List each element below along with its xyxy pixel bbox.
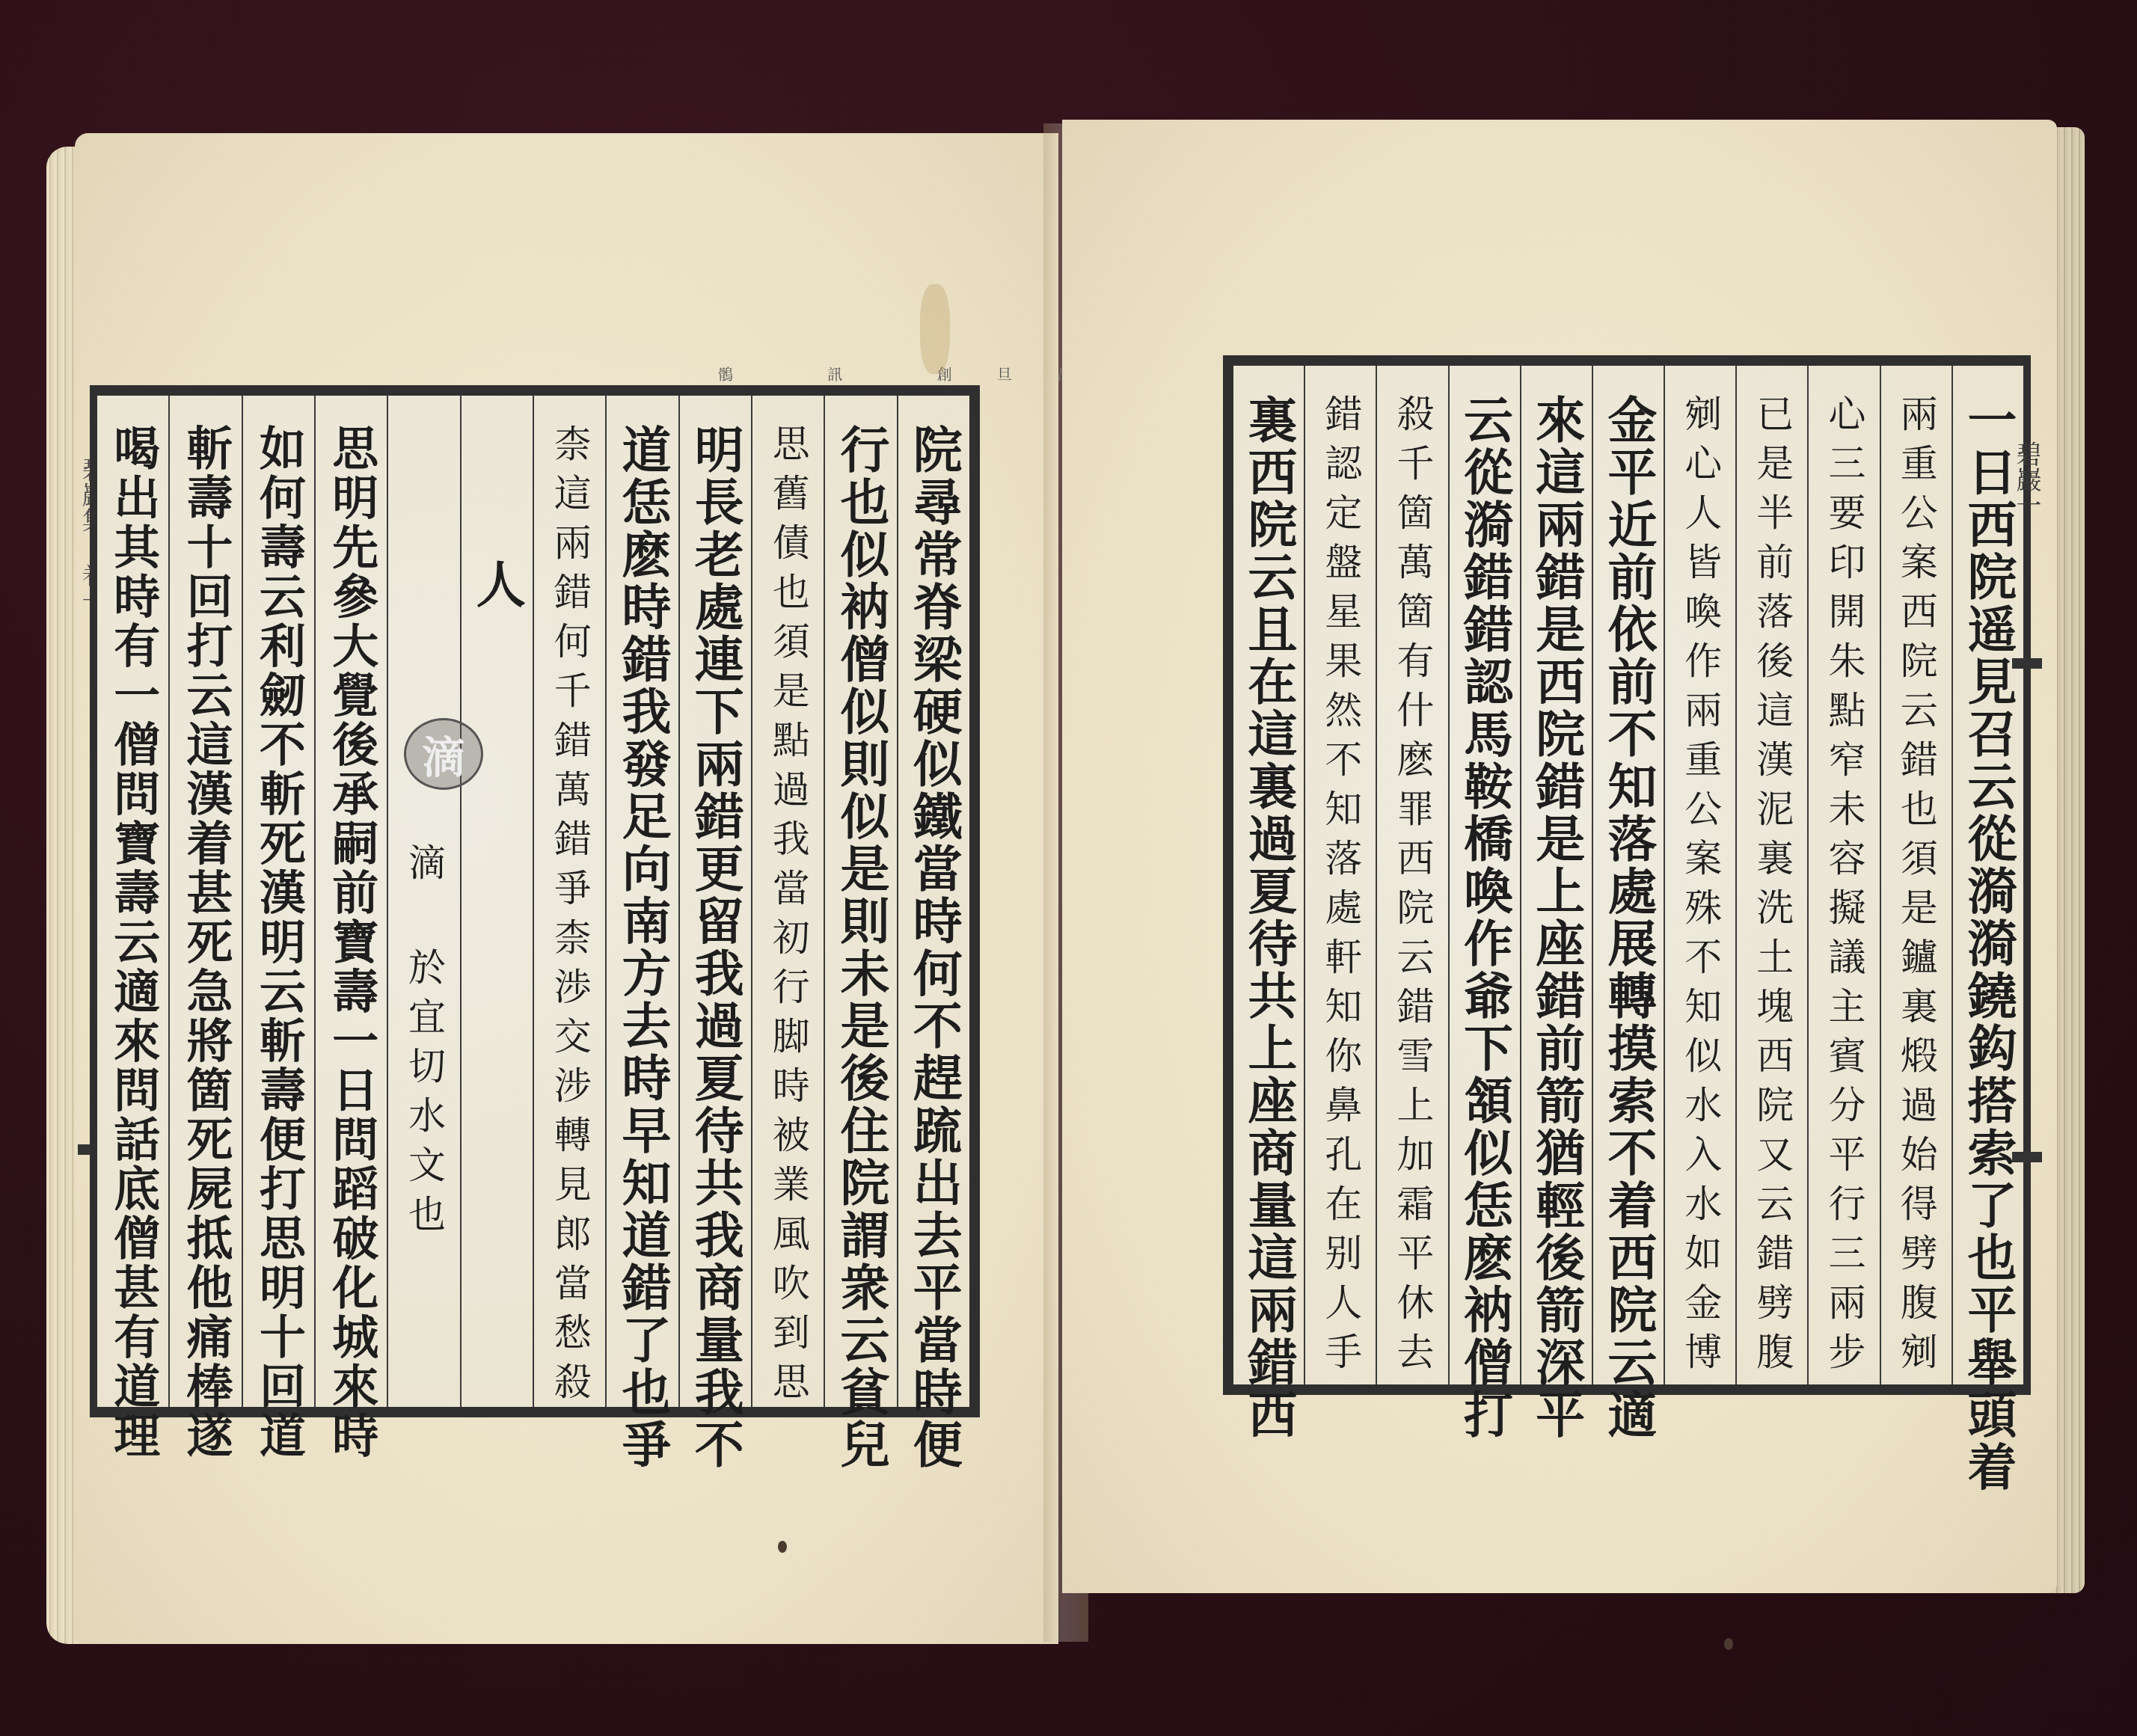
right-text-frame: 一日西院遥見召云從漪漪鐃鈎搭索了也平舉頭着 兩重公案西院云錯也須是鑪裏煅過始得劈…: [1223, 355, 2031, 1395]
column-text: 剜心人皆喚作兩重公案殊不知似水入水如金博: [1681, 394, 1719, 1384]
text-column: 明長老處連下兩錯更留我過夏待共我商量我不: [678, 396, 751, 1407]
column-text: 滴 於宜切水文也: [405, 424, 443, 1407]
column-text: 明長老處連下兩錯更留我過夏待共我商量我不: [690, 424, 740, 1407]
text-column: 錯認定盤星果然不知落處軒知你鼻孔在别人手: [1304, 366, 1376, 1384]
column-text: 人: [472, 424, 521, 1407]
text-column: 剜心人皆喚作兩重公案殊不知似水入水如金博: [1664, 366, 1735, 1384]
circular-seal-glyph: 滴: [404, 718, 483, 790]
column-text: 柰這兩錯何千錯萬錯爭柰渉交涉轉見郎當愁殺: [551, 424, 589, 1407]
text-column: 思舊債也須是點過我當初行脚時被業風吹到思: [751, 396, 824, 1407]
right-columns: 一日西院遥見召云從漪漪鐃鈎搭索了也平舉頭着 兩重公案西院云錯也須是鑪裏煅過始得劈…: [1233, 366, 2023, 1384]
text-column: 思明先參大覺後承嗣前寶壽一日問蹈破化城來時: [314, 396, 387, 1407]
right-banxin-title: 碧巖一: [2012, 441, 2045, 1189]
open-book: 鶻 訊 創旦昌 碧巖集 卷一 院尋常脊梁硬似鐵當時何不趕䟽出去平當時便 行也似衲…: [0, 0, 2137, 1736]
left-text-frame: 院尋常脊梁硬似鐵當時何不趕䟽出去平當時便 行也似衲僧似則似是則未是後住院謂衆云貧…: [90, 385, 980, 1417]
text-column: 如何壽云利劒不斬死漢明云斬壽便打思明十回道: [242, 396, 314, 1407]
column-text: 裏西院云且在這裏過夏待共上座商量這兩錯西: [1244, 394, 1293, 1384]
column-text: 斬壽十回打云這漢着甚死急將箇死屍抵他痛棒遂: [183, 424, 229, 1407]
column-text: 院尋常脊梁硬似鐵當時何不趕䟽出去平當時便: [909, 424, 958, 1407]
text-column: 院尋常脊梁硬似鐵當時何不趕䟽出去平當時便: [897, 396, 969, 1407]
text-column: 行也似衲僧似則似是則未是後住院謂衆云貧兒: [824, 396, 896, 1407]
worm-hole: [1724, 1638, 1733, 1650]
text-column: 金平近前依前不知落處展轉摸索不着西院云適: [1592, 366, 1664, 1384]
column-text: 行也似衲僧似則似是則未是後住院謂衆云貧兒: [836, 424, 886, 1407]
column-text: 錯認定盤星果然不知落處軒知你鼻孔在别人手: [1322, 394, 1359, 1384]
column-text: 心三要印開朱點窄未容擬議主賓分平行三兩步: [1826, 394, 1863, 1384]
column-text: 已是半前落後這漢泥裏洗土塊西院又云錯劈腹: [1753, 394, 1791, 1384]
margin-mark: 訊: [827, 366, 887, 384]
text-column: 來這兩錯是西院錯是上座錯前箭猶輕後箭深平: [1520, 366, 1592, 1384]
column-text: 如何壽云利劒不斬死漢明云斬壽便打思明十回道: [255, 424, 301, 1407]
column-text: 金平近前依前不知落處展轉摸索不着西院云適: [1604, 394, 1653, 1384]
column-text: 一日西院遥見召云從漪漪鐃鈎搭索了也平舉頭着: [1963, 394, 2013, 1384]
left-columns: 院尋常脊梁硬似鐵當時何不趕䟽出去平當時便 行也似衲僧似則似是則未是後住院謂衆云貧…: [97, 396, 969, 1407]
column-text: 兩重公案西院云錯也須是鑪裏煅過始得劈腹剜: [1898, 394, 1935, 1384]
text-column: 已是半前落後這漢泥裏洗土塊西院又云錯劈腹: [1735, 366, 1807, 1384]
right-fishtail-mark: [2012, 658, 2042, 669]
text-column: 人: [460, 396, 533, 1407]
text-column: 柰這兩錯何千錯萬錯爭柰渉交涉轉見郎當愁殺: [533, 396, 605, 1407]
text-column: 道恁麽時錯我發足向南方去時早知道錯了也爭: [605, 396, 678, 1407]
water-stain: [920, 284, 950, 374]
column-text: 道恁麽時錯我發足向南方去時早知道錯了也爭: [618, 424, 667, 1407]
text-column: 滴 於宜切水文也: [387, 396, 459, 1407]
column-text: 思舊債也須是點過我當初行脚時被業風吹到思: [770, 424, 807, 1407]
text-column: 兩重公案西院云錯也須是鑪裏煅過始得劈腹剜: [1880, 366, 1951, 1384]
text-column: 云從漪錯錯認馬鞍橋喚作爺下頷似恁麽衲僧打: [1448, 366, 1520, 1384]
text-column: 殺千箇萬箇有什麽罪西院云錯雪上加霜平休去: [1376, 366, 1447, 1384]
margin-mark: 鶻: [718, 366, 778, 384]
column-text: 喝出其時有一僧問寶壽云適來問話底僧甚有道理: [110, 424, 156, 1407]
column-text: 云從漪錯錯認馬鞍橋喚作爺下頷似恁麽衲僧打: [1460, 394, 1509, 1384]
right-fishtail-mark: [2012, 1152, 2042, 1162]
text-column: 斬壽十回打云這漢着甚死急將箇死屍抵他痛棒遂: [168, 396, 241, 1407]
text-column: 喝出其時有一僧問寶壽云適來問話底僧甚有道理: [97, 396, 168, 1407]
column-text: 來這兩錯是西院錯是上座錯前箭猶輕後箭深平: [1532, 394, 1581, 1384]
text-column: 裏西院云且在這裏過夏待共上座商量這兩錯西: [1233, 366, 1304, 1384]
worm-hole: [778, 1541, 787, 1553]
column-text: 殺千箇萬箇有什麽罪西院云錯雪上加霜平休去: [1394, 394, 1431, 1384]
column-text: 思明先參大覺後承嗣前寶壽一日問蹈破化城來時: [328, 424, 375, 1407]
text-column: 心三要印開朱點窄未容擬議主賓分平行三兩步: [1807, 366, 1879, 1384]
